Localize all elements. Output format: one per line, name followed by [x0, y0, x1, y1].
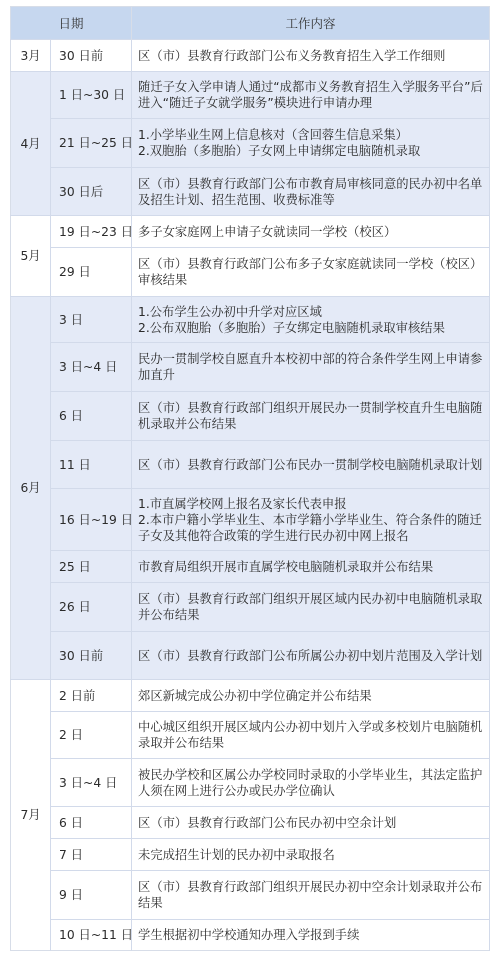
- task-text: 学生根据初中学校通知办理入学报到手续: [138, 927, 483, 943]
- month-cell: 5月: [11, 216, 51, 297]
- task-text: 中心城区组织开展区域内公办初中划片入学或多校划片电脑随机录取并公布结果: [138, 719, 483, 751]
- month-cell: 3月: [11, 40, 51, 72]
- task-cell: 未完成招生计划的民办初中录取报名: [132, 839, 490, 871]
- table-row: 7 日未完成招生计划的民办初中录取报名: [11, 839, 490, 871]
- task-text: 随迁子女入学申请人通过“成都市义务教育招生入学服务平台”后进入“随迁子女就学服务…: [138, 79, 483, 111]
- table-row: 26 日区（市）县教育行政部门组织开展区域内民办初中电脑随机录取并公布结果: [11, 583, 490, 632]
- month-cell: 7月: [11, 680, 51, 951]
- task-cell: 1.公布学生公办初中升学对应区域2.公布双胞胎（多胞胎）子女绑定电脑随机录取审核…: [132, 297, 490, 343]
- date-cell: 2 日前: [51, 680, 132, 712]
- task-text: 2.公布双胞胎（多胞胎）子女绑定电脑随机录取审核结果: [138, 320, 483, 336]
- task-text: 1.市直属学校网上报名及家长代表申报: [138, 496, 483, 512]
- date-cell: 26 日: [51, 583, 132, 632]
- header-date: 日期: [11, 7, 132, 40]
- task-cell: 市教育局组织开展市直属学校电脑随机录取并公布结果: [132, 551, 490, 583]
- task-text: 区（市）县教育行政部门公布多子女家庭就读同一学校（校区）审核结果: [138, 256, 483, 288]
- table-row: 30 日前区（市）县教育行政部门公布所属公办初中划片范围及入学计划: [11, 632, 490, 680]
- month-cell: 6月: [11, 297, 51, 680]
- task-cell: 1.小学毕业生网上信息核对（含回蓉生信息采集）2.双胞胎（多胞胎）子女网上申请绑…: [132, 119, 490, 168]
- date-cell: 10 日~11 日: [51, 920, 132, 951]
- table-row: 29 日区（市）县教育行政部门公布多子女家庭就读同一学校（校区）审核结果: [11, 248, 490, 297]
- table-row: 9 日区（市）县教育行政部门组织开展民办初中空余计划录取并公布结果: [11, 871, 490, 920]
- table-row: 16 日~19 日1.市直属学校网上报名及家长代表申报2.本市户籍小学毕业生、本…: [11, 489, 490, 551]
- task-text: 区（市）县教育行政部门公布民办初中空余计划: [138, 815, 483, 831]
- task-text: 区（市）县教育行政部门组织开展民办一贯制学校直升生电脑随机录取并公布结果: [138, 400, 483, 432]
- task-text: 2.本市户籍小学毕业生、本市学籍小学毕业生、符合条件的随迁子女及其他符合政策的学…: [138, 512, 483, 544]
- task-text: 民办一贯制学校自愿直升本校初中部的符合条件学生网上申请参加直升: [138, 351, 483, 383]
- task-text: 1.公布学生公办初中升学对应区域: [138, 304, 483, 320]
- table-row: 2 日中心城区组织开展区域内公办初中划片入学或多校划片电脑随机录取并公布结果: [11, 712, 490, 759]
- date-cell: 3 日~4 日: [51, 343, 132, 392]
- table-row: 3 日~4 日民办一贯制学校自愿直升本校初中部的符合条件学生网上申请参加直升: [11, 343, 490, 392]
- table-row: 4月1 日~30 日随迁子女入学申请人通过“成都市义务教育招生入学服务平台”后进…: [11, 72, 490, 119]
- date-cell: 2 日: [51, 712, 132, 759]
- date-cell: 11 日: [51, 441, 132, 489]
- table-row: 30 日后区（市）县教育行政部门公布市教育局审核同意的民办初中名单及招生计划、招…: [11, 168, 490, 216]
- table-body: 3月30 日前区（市）县教育行政部门公布义务教育招生入学工作细则4月1 日~30…: [11, 40, 490, 951]
- table-header-row: 日期 工作内容: [11, 7, 490, 40]
- table-row: 21 日~25 日1.小学毕业生网上信息核对（含回蓉生信息采集）2.双胞胎（多胞…: [11, 119, 490, 168]
- task-cell: 区（市）县教育行政部门组织开展民办初中空余计划录取并公布结果: [132, 871, 490, 920]
- task-text: 2.双胞胎（多胞胎）子女网上申请绑定电脑随机录取: [138, 143, 483, 159]
- table-row: 6 日区（市）县教育行政部门公布民办初中空余计划: [11, 807, 490, 839]
- task-cell: 区（市）县教育行政部门公布民办一贯制学校电脑随机录取计划: [132, 441, 490, 489]
- task-text: 区（市）县教育行政部门组织开展民办初中空余计划录取并公布结果: [138, 879, 483, 911]
- date-cell: 16 日~19 日: [51, 489, 132, 551]
- task-cell: 区（市）县教育行政部门公布多子女家庭就读同一学校（校区）审核结果: [132, 248, 490, 297]
- task-cell: 中心城区组织开展区域内公办初中划片入学或多校划片电脑随机录取并公布结果: [132, 712, 490, 759]
- table-row: 10 日~11 日学生根据初中学校通知办理入学报到手续: [11, 920, 490, 951]
- task-text: 1.小学毕业生网上信息核对（含回蓉生信息采集）: [138, 127, 483, 143]
- task-text: 区（市）县教育行政部门公布市教育局审核同意的民办初中名单及招生计划、招生范围、收…: [138, 176, 483, 208]
- task-cell: 学生根据初中学校通知办理入学报到手续: [132, 920, 490, 951]
- task-text: 区（市）县教育行政部门公布义务教育招生入学工作细则: [138, 48, 483, 64]
- task-cell: 多子女家庭网上申请子女就读同一学校（校区）: [132, 216, 490, 248]
- task-text: 区（市）县教育行政部门公布民办一贯制学校电脑随机录取计划: [138, 457, 483, 473]
- table-row: 11 日区（市）县教育行政部门公布民办一贯制学校电脑随机录取计划: [11, 441, 490, 489]
- date-cell: 30 日后: [51, 168, 132, 216]
- task-text: 未完成招生计划的民办初中录取报名: [138, 847, 483, 863]
- header-content: 工作内容: [132, 7, 490, 40]
- task-text: 郊区新城完成公办初中学位确定并公布结果: [138, 688, 483, 704]
- task-cell: 区（市）县教育行政部门公布市教育局审核同意的民办初中名单及招生计划、招生范围、收…: [132, 168, 490, 216]
- date-cell: 6 日: [51, 807, 132, 839]
- task-cell: 区（市）县教育行政部门公布民办初中空余计划: [132, 807, 490, 839]
- date-cell: 9 日: [51, 871, 132, 920]
- task-cell: 区（市）县教育行政部门组织开展民办一贯制学校直升生电脑随机录取并公布结果: [132, 392, 490, 441]
- task-text: 被民办学校和区属公办学校同时录取的小学毕业生，其法定监护人须在网上进行公办或民办…: [138, 767, 483, 799]
- date-cell: 3 日: [51, 297, 132, 343]
- date-cell: 29 日: [51, 248, 132, 297]
- task-text: 区（市）县教育行政部门公布所属公办初中划片范围及入学计划: [138, 648, 483, 664]
- date-cell: 21 日~25 日: [51, 119, 132, 168]
- task-cell: 区（市）县教育行政部门公布所属公办初中划片范围及入学计划: [132, 632, 490, 680]
- date-cell: 3 日~4 日: [51, 759, 132, 807]
- date-cell: 19 日~23 日: [51, 216, 132, 248]
- task-cell: 随迁子女入学申请人通过“成都市义务教育招生入学服务平台”后进入“随迁子女就学服务…: [132, 72, 490, 119]
- table-row: 3月30 日前区（市）县教育行政部门公布义务教育招生入学工作细则: [11, 40, 490, 72]
- task-cell: 区（市）县教育行政部门组织开展区域内民办初中电脑随机录取并公布结果: [132, 583, 490, 632]
- task-text: 多子女家庭网上申请子女就读同一学校（校区）: [138, 224, 483, 240]
- date-cell: 7 日: [51, 839, 132, 871]
- date-cell: 30 日前: [51, 632, 132, 680]
- table-row: 6月3 日1.公布学生公办初中升学对应区域2.公布双胞胎（多胞胎）子女绑定电脑随…: [11, 297, 490, 343]
- enrollment-schedule-table: 日期 工作内容 3月30 日前区（市）县教育行政部门公布义务教育招生入学工作细则…: [10, 6, 490, 951]
- task-cell: 民办一贯制学校自愿直升本校初中部的符合条件学生网上申请参加直升: [132, 343, 490, 392]
- date-cell: 1 日~30 日: [51, 72, 132, 119]
- table-row: 3 日~4 日被民办学校和区属公办学校同时录取的小学毕业生，其法定监护人须在网上…: [11, 759, 490, 807]
- table-row: 5月19 日~23 日多子女家庭网上申请子女就读同一学校（校区）: [11, 216, 490, 248]
- task-text: 区（市）县教育行政部门组织开展区域内民办初中电脑随机录取并公布结果: [138, 591, 483, 623]
- table-row: 7月2 日前郊区新城完成公办初中学位确定并公布结果: [11, 680, 490, 712]
- month-cell: 4月: [11, 72, 51, 216]
- task-cell: 区（市）县教育行政部门公布义务教育招生入学工作细则: [132, 40, 490, 72]
- task-cell: 被民办学校和区属公办学校同时录取的小学毕业生，其法定监护人须在网上进行公办或民办…: [132, 759, 490, 807]
- task-text: 市教育局组织开展市直属学校电脑随机录取并公布结果: [138, 559, 483, 575]
- task-cell: 1.市直属学校网上报名及家长代表申报2.本市户籍小学毕业生、本市学籍小学毕业生、…: [132, 489, 490, 551]
- date-cell: 6 日: [51, 392, 132, 441]
- date-cell: 30 日前: [51, 40, 132, 72]
- date-cell: 25 日: [51, 551, 132, 583]
- table-row: 6 日区（市）县教育行政部门组织开展民办一贯制学校直升生电脑随机录取并公布结果: [11, 392, 490, 441]
- table-row: 25 日市教育局组织开展市直属学校电脑随机录取并公布结果: [11, 551, 490, 583]
- task-cell: 郊区新城完成公办初中学位确定并公布结果: [132, 680, 490, 712]
